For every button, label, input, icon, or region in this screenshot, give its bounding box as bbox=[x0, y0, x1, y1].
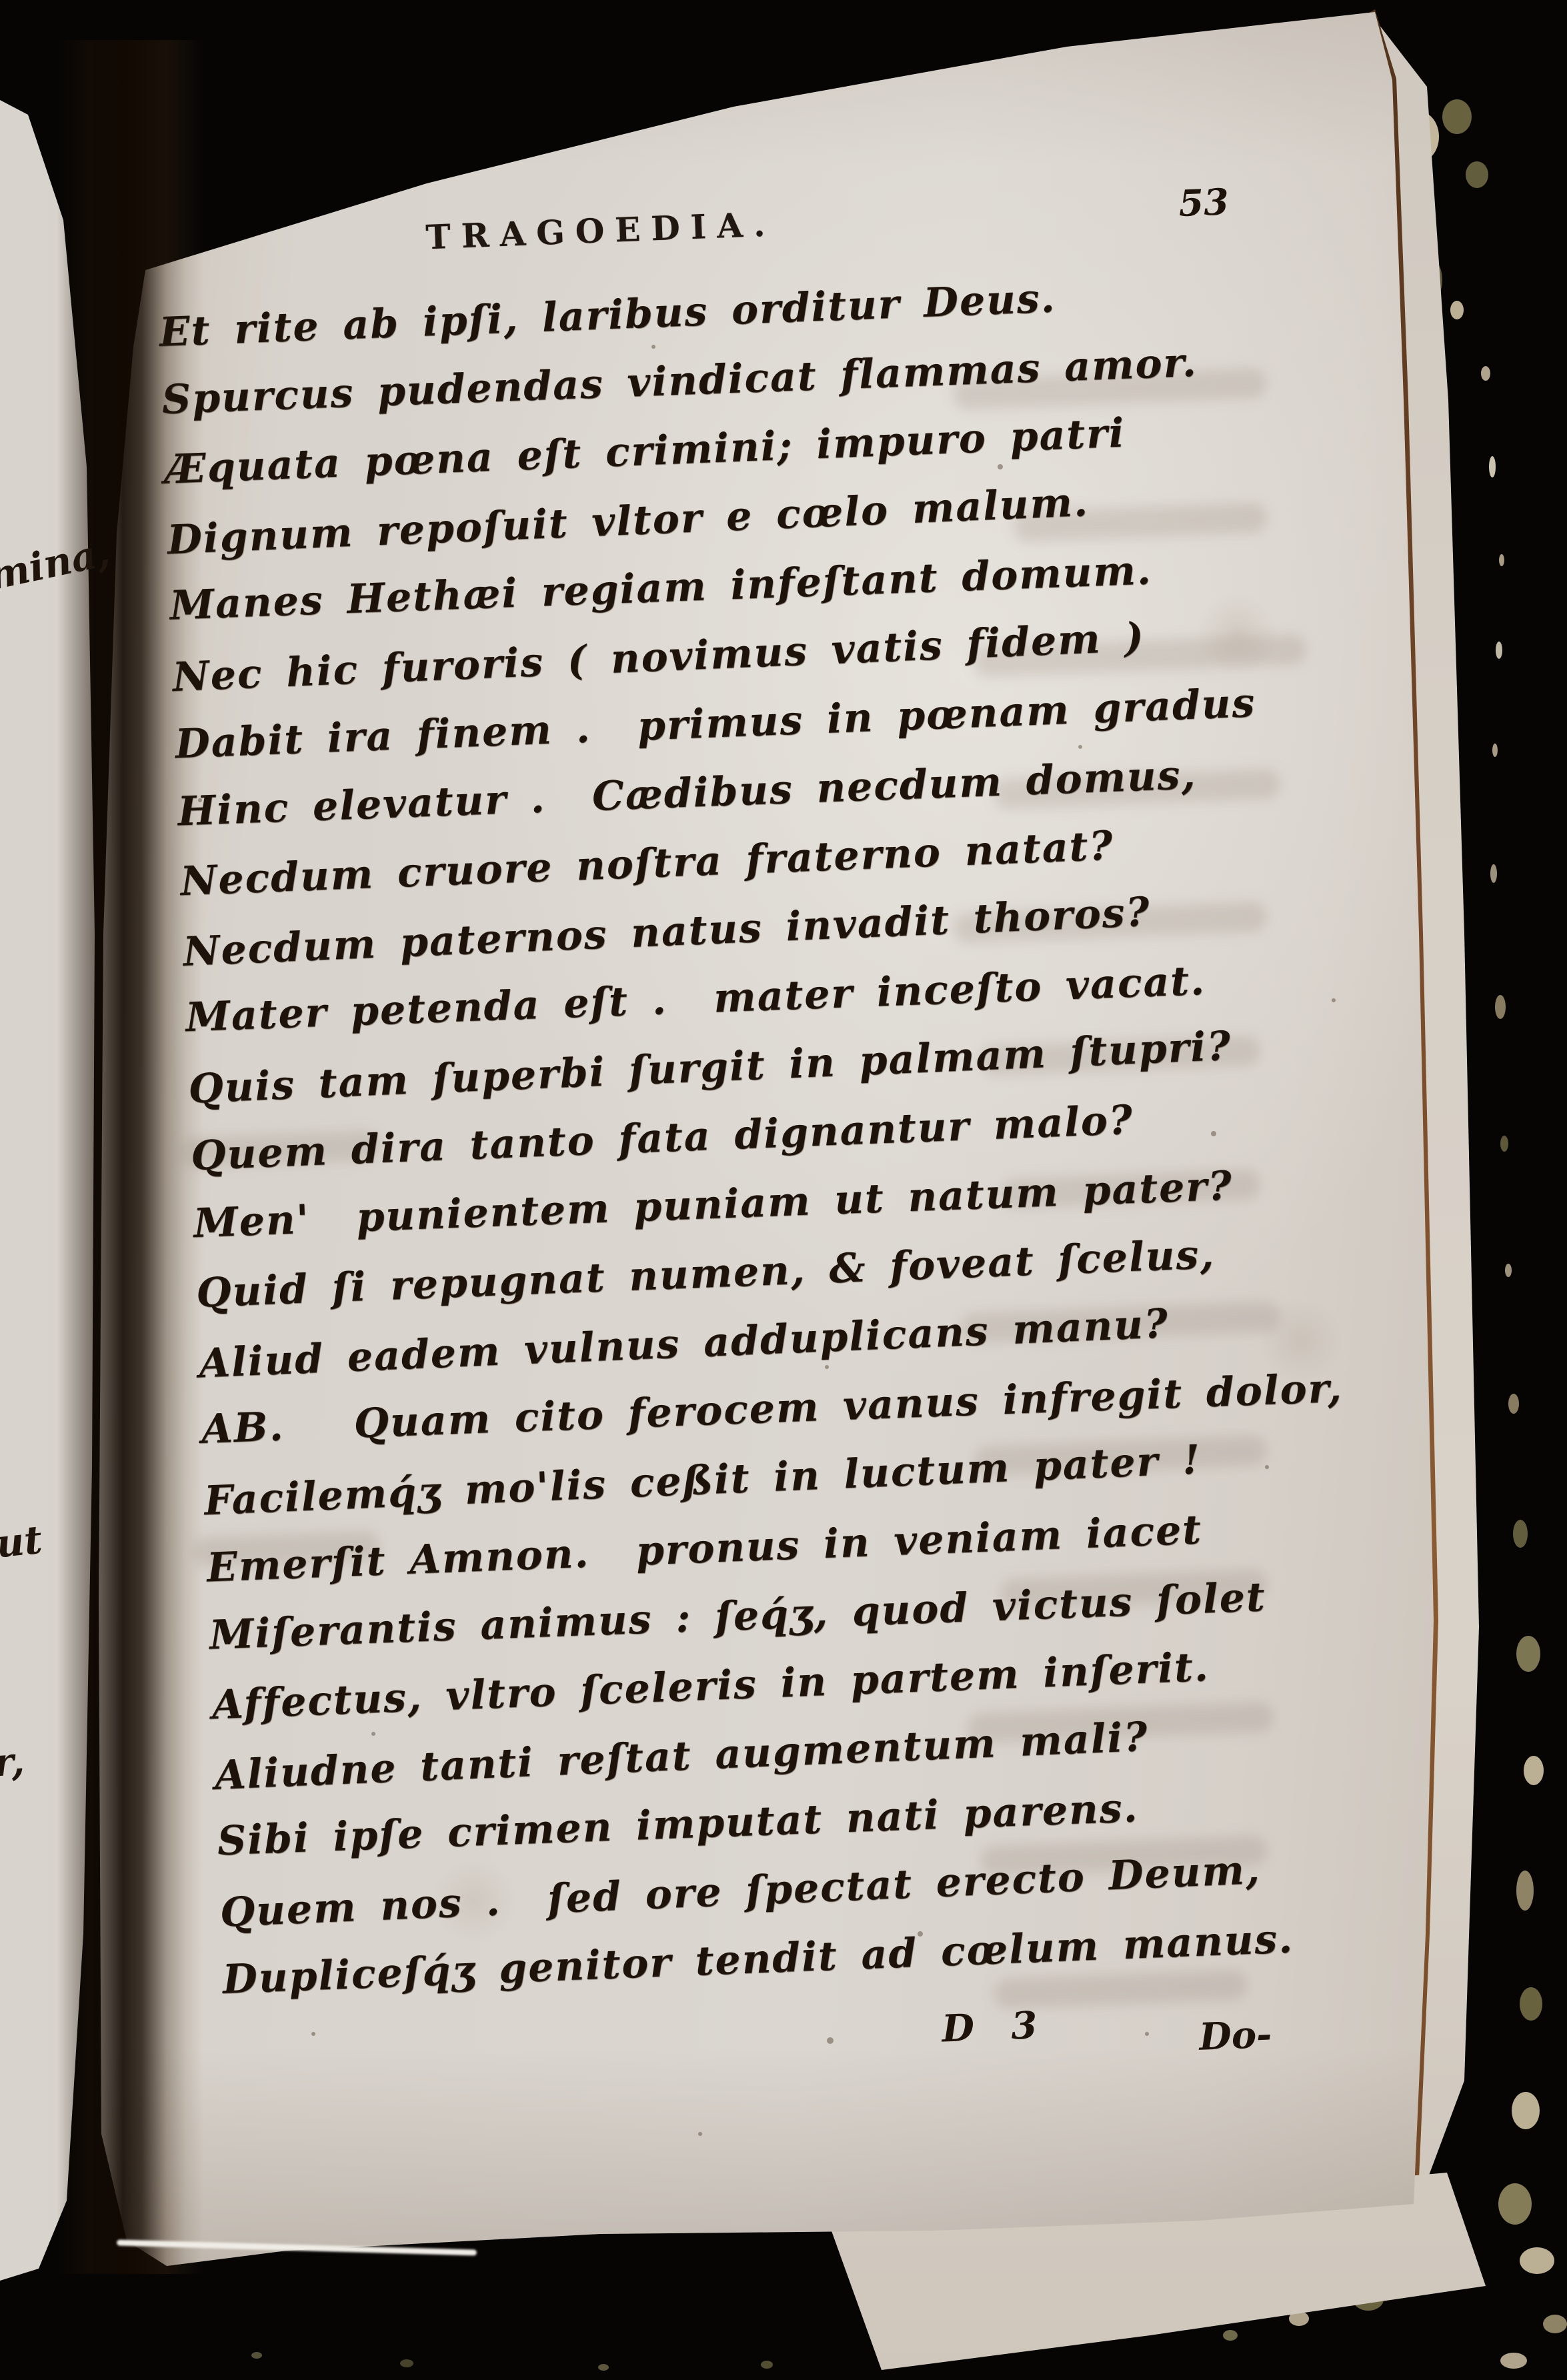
facing-page-fragment: ut bbox=[0, 1517, 44, 1567]
page-number: 53 bbox=[1178, 180, 1230, 225]
page-text: TRAGOEDIA. 53 Et rite ab ipſi, laribus o… bbox=[155, 168, 1378, 2211]
facing-page-fragment: r, bbox=[0, 1738, 26, 1785]
running-title: TRAGOEDIA. bbox=[425, 204, 777, 257]
signature-mark: D 3 bbox=[941, 2003, 1050, 2051]
photo-canvas: TRAGOEDIA. 53 Et rite ab ipſi, laribus o… bbox=[0, 0, 1567, 2380]
catchword: Do- bbox=[1198, 2013, 1273, 2059]
